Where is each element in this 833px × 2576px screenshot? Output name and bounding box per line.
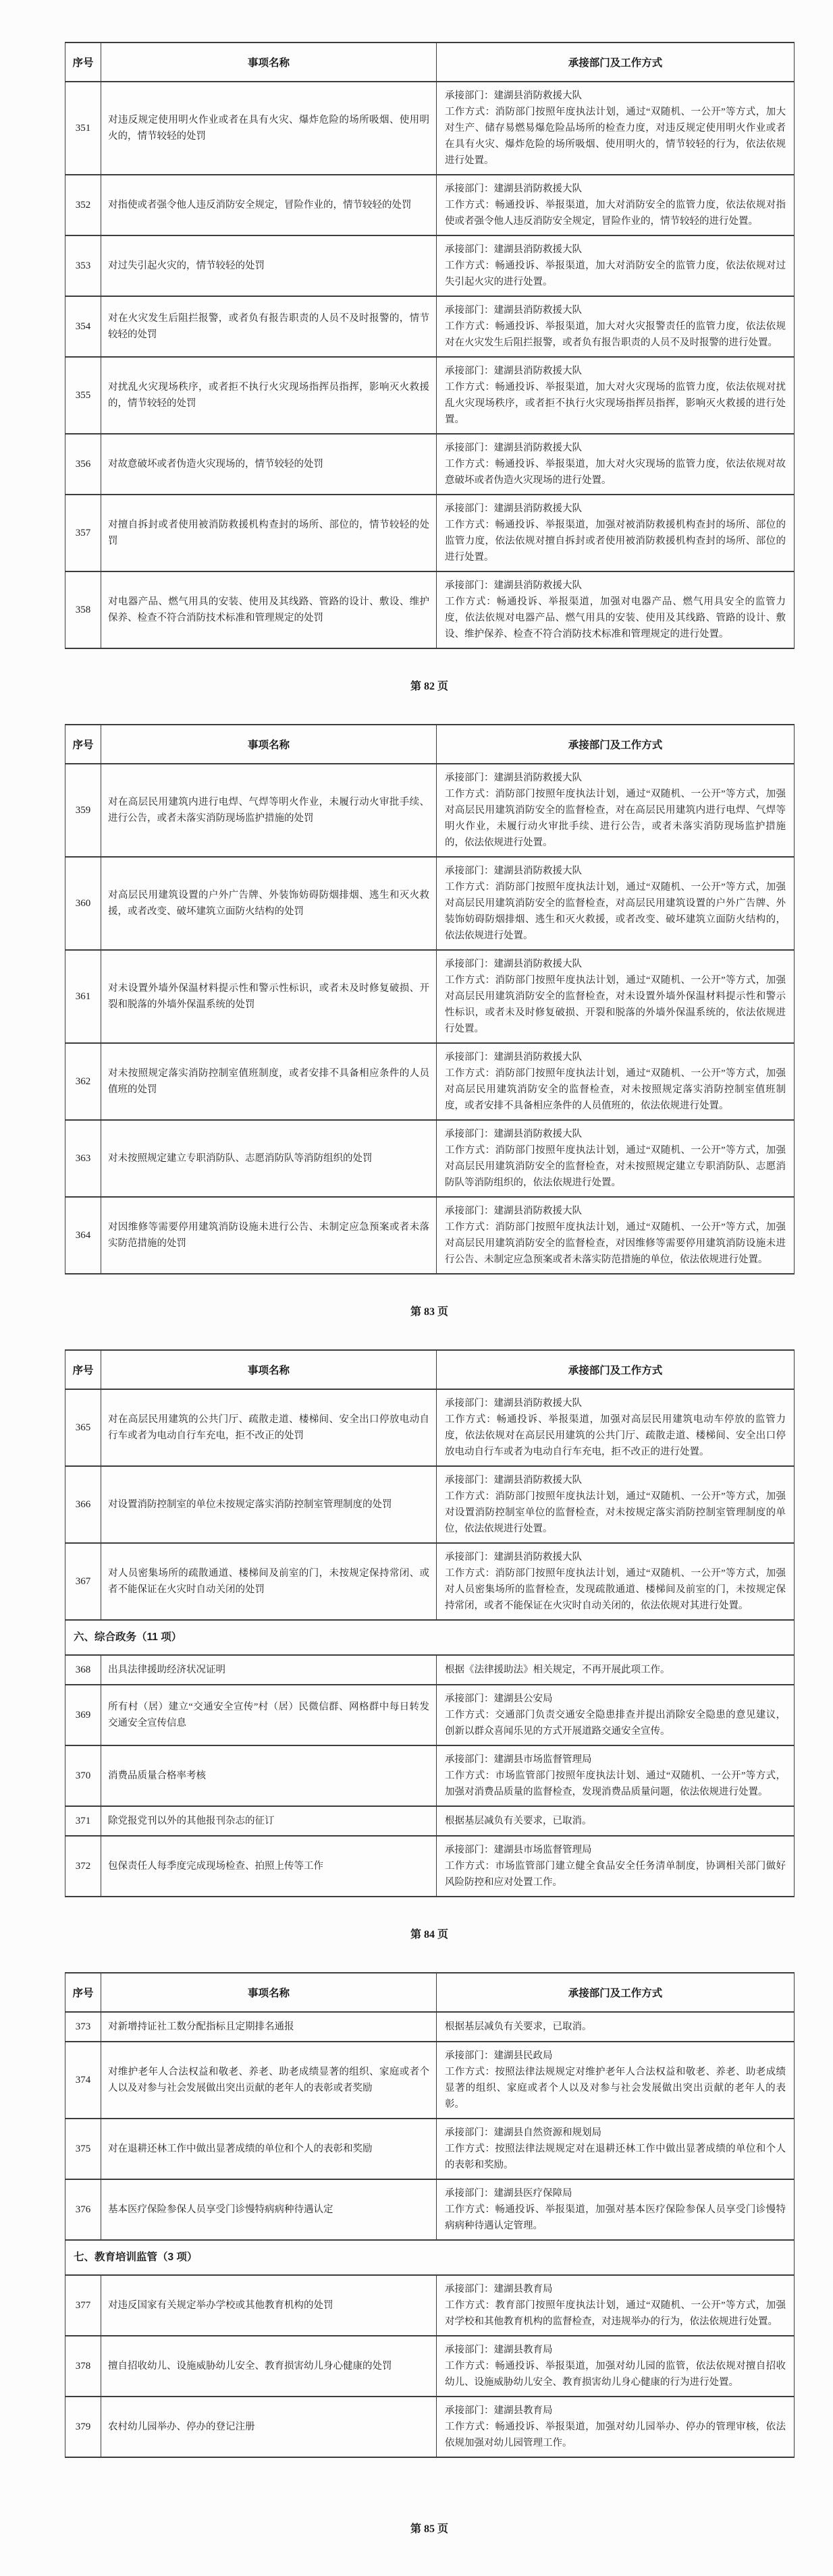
row-number-cell: 354	[65, 296, 101, 357]
department-method-cell: 承接部门：建湖县消防救援大队工作方式：消防部门按照年度执法计划，通过“双随机、一…	[437, 1466, 795, 1543]
department-line: 承接部门：建湖县市场监督管理局	[445, 1752, 786, 1768]
department-line: 承接部门：建湖县市场监督管理局	[445, 1842, 786, 1858]
department-line: 承接部门：建湖县教育局	[445, 2281, 786, 2297]
items-table: 序号事项名称承接部门及工作方式359对在高层民用建筑内进行电焊、气焊等明火作业，…	[65, 724, 795, 1275]
table-row: 352对指使或者强令他人违反消防安全规定，冒险作业的，情节较轻的处罚承接部门：建…	[65, 175, 795, 235]
table-row: 362对未按照规定落实消防控制室值班制度，或者安排不具备相应条件的人员值班的处罚…	[65, 1043, 795, 1120]
department-method-cell: 承接部门：建湖县教育局工作方式：畅通投诉、举报渠道，加强对幼儿园的监管，依法依规…	[437, 2336, 795, 2397]
department-method-cell: 根据《法律援助法》相关规定，不再开展此项工作。	[437, 1655, 795, 1685]
item-name-cell: 对未按照规定建立专职消防队、志愿消防队等消防组织的处罚	[101, 1120, 437, 1197]
department-method-cell: 承接部门：建湖县消防救援大队工作方式：消防部门按照年度执法计划，通过“双随机、一…	[437, 1197, 795, 1274]
table-row: 373对新增持证社工数分配指标且定期排名通报根据基层减负有关要求，已取消。	[65, 2012, 795, 2042]
table-row: 369所有村（居）建立“交通安全宣传”村（居）民微信群、网格群中每日转发交通安全…	[65, 1685, 795, 1745]
item-name-cell: 对违反规定使用明火作业或者在具有火灾、爆炸危险的场所吸烟、使用明火的，情节较轻的…	[101, 82, 437, 175]
method-line: 工作方式：消防部门按照年度执法计划，通过“双随机、一公开”等方式，加强对高层民用…	[445, 879, 786, 944]
col-header-item-name: 事项名称	[101, 1973, 437, 2012]
table-row: 375对在退耕还林工作中做出显著成绩的单位和个人的表彰和奖励承接部门：建湖县自然…	[65, 2119, 795, 2179]
row-number-cell: 378	[65, 2336, 101, 2397]
department-method-cell: 承接部门：建湖县民政局工作方式：按照法律法规规定对维护老年人合法权益和敬老、养老…	[437, 2042, 795, 2119]
item-name-cell: 对因维修等需要停用建筑消防设施未进行公告、未制定应急预案或者未落实防范措施的处罚	[101, 1197, 437, 1274]
item-name-cell: 对在火灾发生后阻拦报警，或者负有报告职责的人员不及时报警的，情节较轻的处罚	[101, 296, 437, 357]
section-title: 七、教育培训监管（3 项）	[65, 2240, 795, 2275]
item-name-cell: 除党报党刊以外的其他报刊杂志的征订	[101, 1806, 437, 1836]
department-method-cell: 承接部门：建湖县自然资源和规划局工作方式：按照法律法规规定对在退耕还林工作中做出…	[437, 2119, 795, 2179]
department-method-cell: 承接部门：建湖县消防救援大队工作方式：畅通投诉、举报渠道，加大对火灾现场的监管力…	[437, 357, 795, 434]
table-row: 366对设置消防控制室的单位未按规定落实消防控制室管理制度的处罚承接部门：建湖县…	[65, 1466, 795, 1543]
department-method-cell: 承接部门：建湖县消防救援大队工作方式：畅通投诉、举报渠道，加大对火灾现场的监管力…	[437, 434, 795, 495]
department-line: 承接部门：建湖县消防救援大队	[445, 1472, 786, 1488]
department-method-cell: 承接部门：建湖县消防救援大队工作方式：畅通投诉、举报渠道，加大对消防安全的监管力…	[437, 235, 795, 296]
department-method-cell: 承接部门：建湖县消防救援大队工作方式：畅通投诉、举报渠道，加大对火灾报警责任的监…	[437, 296, 795, 357]
item-name-cell: 对高层民用建筑设置的户外广告牌、外装饰妨碍防烟排烟、逃生和灭火救援，或者改变、破…	[101, 857, 437, 950]
method-line: 工作方式：按照法律法规规定对维护老年人合法权益和敬老、养老、助老成绩显著的组织、…	[445, 2064, 786, 2112]
item-name-cell: 消费品质量合格率考核	[101, 1745, 437, 1806]
table-row: 377对违反国家有关规定举办学校或其他教育机构的处罚承接部门：建湖县教育局工作方…	[65, 2275, 795, 2336]
row-number-cell: 356	[65, 434, 101, 495]
method-line: 工作方式：畅通投诉、举报渠道，加大对消防安全的监管力度，依法依规对指使或者强令他…	[445, 197, 786, 229]
department-line: 承接部门：建湖县公安局	[445, 1691, 786, 1707]
row-number-cell: 361	[65, 950, 101, 1043]
col-header-item-name: 事项名称	[101, 43, 437, 82]
table-row: 379农村幼儿园举办、停办的登记注册承接部门：建湖县教育局工作方式：畅通投诉、举…	[65, 2397, 795, 2457]
item-name-cell: 对过失引起火灾的，情节较轻的处罚	[101, 235, 437, 296]
department-line: 承接部门：建湖县消防救援大队	[445, 1126, 786, 1142]
method-line: 工作方式：畅通投诉、举报渠道，加大对火灾报警责任的监管力度，依法依规对在火灾发生…	[445, 318, 786, 351]
item-name-cell: 对未设置外墙外保温材料提示性和警示性标识，或者未及时修复破损、开裂和脱落的外墙外…	[101, 950, 437, 1043]
item-name-cell: 对在高层民用建筑内进行电焊、气焊等明火作业，未履行动火审批手续、进行公告，或者未…	[101, 764, 437, 857]
method-line: 工作方式：畅通投诉、举报渠道，加强对幼儿园举办、停办的管理审核，依法依规加强对幼…	[445, 2419, 786, 2451]
table-row: 364对因维修等需要停用建筑消防设施未进行公告、未制定应急预案或者未落实防范措施…	[65, 1197, 795, 1274]
table-row: 376基本医疗保险参保人员享受门诊慢特病病种待遇认定承接部门：建湖县医疗保障局工…	[65, 2179, 795, 2240]
table-row: 355对扰乱火灾现场秩序，或者拒不执行火灾现场指挥员指挥，影响灭火救援的，情节较…	[65, 357, 795, 434]
department-method-cell: 承接部门：建湖县消防救援大队工作方式：消防部门按照年度执法计划，通过“双随机、一…	[437, 764, 795, 857]
department-method-cell: 承接部门：建湖县教育局工作方式：畅通投诉、举报渠道，加强对幼儿园举办、停办的管理…	[437, 2397, 795, 2457]
table-row: 357对擅自拆封或者使用被消防救援机构查封的场所、部位的，情节较轻的处罚承接部门…	[65, 495, 795, 571]
department-method-cell: 承接部门：建湖县消防救援大队工作方式：消防部门按照年度执法计划，通过“双随机、一…	[437, 950, 795, 1043]
department-line: 承接部门：建湖县消防救援大队	[445, 302, 786, 318]
department-line: 承接部门：建湖县消防救援大队	[445, 501, 786, 517]
department-line: 承接部门：建湖县消防救援大队	[445, 956, 786, 972]
department-method-cell: 承接部门：建湖县消防救援大队工作方式：消防部门按照年度执法计划，通过“双随机、一…	[437, 1120, 795, 1197]
row-number-cell: 357	[65, 495, 101, 571]
table-header-row: 序号事项名称承接部门及工作方式	[65, 725, 795, 764]
items-table: 序号事项名称承接部门及工作方式373对新增持证社工数分配指标且定期排名通报根据基…	[65, 1972, 795, 2458]
row-number-cell: 368	[65, 1655, 101, 1685]
table-row: 358对电器产品、燃气用具的安装、使用及其线路、管路的设计、敷设、维护保养、检查…	[65, 571, 795, 648]
method-line: 工作方式：畅通投诉、举报渠道，加强对高层民用建筑电动车停放的监管力度，依法依规对…	[445, 1411, 786, 1460]
row-number-cell: 359	[65, 764, 101, 857]
table-row: 378擅自招收幼儿、设施威胁幼儿安全、教育损害幼儿身心健康的处罚承接部门：建湖县…	[65, 2336, 795, 2397]
department-method-cell: 承接部门：建湖县医疗保障局工作方式：畅通投诉、举报渠道，加强对基本医疗保险参保人…	[437, 2179, 795, 2240]
item-name-cell: 对新增持证社工数分配指标且定期排名通报	[101, 2012, 437, 2042]
col-header-department-method: 承接部门及工作方式	[437, 725, 795, 764]
page-footer: 第 82 页	[65, 677, 794, 693]
method-line: 工作方式：消防部门按照年度执法计划，通过“双随机、一公开”等方式，加强对高层民用…	[445, 1219, 786, 1268]
item-name-cell: 对未按照规定落实消防控制室值班制度，或者安排不具备相应条件的人员值班的处罚	[101, 1043, 437, 1120]
department-line: 承接部门：建湖县教育局	[445, 2342, 786, 2358]
method-line: 工作方式：消防部门按照年度执法计划，通过“双随机、一公开”等方式，加大对生产、储…	[445, 104, 786, 169]
method-line: 工作方式：畅通投诉、举报渠道，加大对火灾现场的监管力度，依法依规对扰乱火灾现场秩…	[445, 379, 786, 428]
table-row: 354对在火灾发生后阻拦报警，或者负有报告职责的人员不及时报警的，情节较轻的处罚…	[65, 296, 795, 357]
method-line: 工作方式：消防部门按照年度执法计划，通过“双随机、一公开”等方式，加强对人员密集…	[445, 1565, 786, 1614]
page-footer: 第 83 页	[65, 1303, 794, 1318]
row-number-cell: 352	[65, 175, 101, 235]
col-header-department-method: 承接部门及工作方式	[437, 1350, 795, 1389]
item-name-cell: 对设置消防控制室的单位未按规定落实消防控制室管理制度的处罚	[101, 1466, 437, 1543]
table-row: 359对在高层民用建筑内进行电焊、气焊等明火作业，未履行动火审批手续、进行公告，…	[65, 764, 795, 857]
department-line: 承接部门：建湖县消防救援大队	[445, 440, 786, 456]
department-method-cell: 承接部门：建湖县公安局工作方式：交通部门负责交通安全隐患排查并提出消除安全隐患的…	[437, 1685, 795, 1745]
items-table: 序号事项名称承接部门及工作方式351对违反规定使用明火作业或者在具有火灾、爆炸危…	[65, 42, 795, 649]
item-name-cell: 擅自招收幼儿、设施威胁幼儿安全、教育损害幼儿身心健康的处罚	[101, 2336, 437, 2397]
table-row: 363对未按照规定建立专职消防队、志愿消防队等消防组织的处罚承接部门：建湖县消防…	[65, 1120, 795, 1197]
col-header-number: 序号	[65, 725, 101, 764]
department-line: 承接部门：建湖县消防救援大队	[445, 88, 786, 104]
department-method-cell: 承接部门：建湖县消防救援大队工作方式：消防部门按照年度执法计划，通过“双随机、一…	[437, 1043, 795, 1120]
table-row: 356对故意破坏或者伪造火灾现场的，情节较轻的处罚承接部门：建湖县消防救援大队工…	[65, 434, 795, 495]
item-name-cell: 对扰乱火灾现场秩序，或者拒不执行火灾现场指挥员指挥，影响灭火救援的，情节较轻的处…	[101, 357, 437, 434]
department-line: 承接部门：建湖县消防救援大队	[445, 863, 786, 879]
col-header-department-method: 承接部门及工作方式	[437, 1973, 795, 2012]
table-row: 371除党报党刊以外的其他报刊杂志的征订根据基层减负有关要求，已取消。	[65, 1806, 795, 1836]
row-number-cell: 370	[65, 1745, 101, 1806]
row-number-cell: 377	[65, 2275, 101, 2336]
department-line: 承接部门：建湖县消防救援大队	[445, 1549, 786, 1565]
page-footer: 第 84 页	[65, 1926, 794, 1941]
item-name-cell: 所有村（居）建立“交通安全宣传”村（居）民微信群、网格群中每日转发交通安全宣传信…	[101, 1685, 437, 1745]
table-row: 353对过失引起火灾的，情节较轻的处罚承接部门：建湖县消防救援大队工作方式：畅通…	[65, 235, 795, 296]
row-number-cell: 351	[65, 82, 101, 175]
department-method-cell: 承接部门：建湖县消防救援大队工作方式：畅通投诉、举报渠道，加大对消防安全的监管力…	[437, 175, 795, 235]
method-line: 工作方式：按照法律法规规定对在退耕还林工作中做出显著成绩的单位和个人的表彰和奖励…	[445, 2141, 786, 2173]
table-header-row: 序号事项名称承接部门及工作方式	[65, 1973, 795, 2012]
col-header-number: 序号	[65, 43, 101, 82]
method-line: 工作方式：教育部门按照年度执法计划，通过“双随机、一公开”等方式，加强对学校和其…	[445, 2297, 786, 2330]
method-line: 根据基层减负有关要求，已取消。	[445, 1813, 786, 1829]
table-row: 365对在高层民用建筑的公共门厅、疏散走道、楼梯间、安全出口停放电动自行车或者为…	[65, 1389, 795, 1466]
method-line: 工作方式：畅通投诉、举报渠道，加强对幼儿园的监管，依法依规对擅自招收幼儿、设施威…	[445, 2358, 786, 2390]
department-method-cell: 根据基层减负有关要求，已取消。	[437, 1806, 795, 1836]
department-method-cell: 承接部门：建湖县市场监督管理局工作方式：市场监管部门按照年度执法计划、通过“双随…	[437, 1745, 795, 1806]
row-number-cell: 362	[65, 1043, 101, 1120]
section-header-row: 七、教育培训监管（3 项）	[65, 2240, 795, 2275]
item-name-cell: 对在退耕还林工作中做出显著成绩的单位和个人的表彰和奖励	[101, 2119, 437, 2179]
row-number-cell: 371	[65, 1806, 101, 1836]
method-line: 工作方式：畅通投诉、举报渠道，加强对基本医疗保险参保人员享受门诊慢特病病种待遇认…	[445, 2202, 786, 2234]
department-line: 承接部门：建湖县自然资源和规划局	[445, 2125, 786, 2141]
department-method-cell: 承接部门：建湖县消防救援大队工作方式：消防部门按照年度执法计划，通过“双随机、一…	[437, 1543, 795, 1620]
method-line: 工作方式：消防部门按照年度执法计划，通过“双随机、一公开”等方式，加强对高层民用…	[445, 972, 786, 1037]
department-line: 承接部门：建湖县消防救援大队	[445, 181, 786, 197]
col-header-item-name: 事项名称	[101, 1350, 437, 1389]
row-number-cell: 365	[65, 1389, 101, 1466]
method-line: 工作方式：消防部门按照年度执法计划，通过“双随机、一公开”等方式，加强对高层民用…	[445, 1142, 786, 1191]
item-name-cell: 出具法律援助经济状况证明	[101, 1655, 437, 1685]
row-number-cell: 364	[65, 1197, 101, 1274]
department-method-cell: 承接部门：建湖县消防救援大队工作方式：畅通投诉、举报渠道，加强对被消防救援机构查…	[437, 495, 795, 571]
row-number-cell: 379	[65, 2397, 101, 2457]
row-number-cell: 366	[65, 1466, 101, 1543]
department-method-cell: 承接部门：建湖县教育局工作方式：教育部门按照年度执法计划，通过“双随机、一公开”…	[437, 2275, 795, 2336]
department-method-cell: 承接部门：建湖县消防救援大队工作方式：消防部门按照年度执法计划，通过“双随机、一…	[437, 857, 795, 950]
table-row: 374对维护老年人合法权益和敬老、养老、助老成绩显著的组织、家庭或者个人以及对参…	[65, 2042, 795, 2119]
row-number-cell: 372	[65, 1836, 101, 1897]
table-row: 370消费品质量合格率考核承接部门：建湖县市场监督管理局工作方式：市场监管部门按…	[65, 1745, 795, 1806]
department-line: 承接部门：建湖县消防救援大队	[445, 242, 786, 258]
items-table: 序号事项名称承接部门及工作方式365对在高层民用建筑的公共门厅、疏散走道、楼梯间…	[65, 1349, 795, 1897]
row-number-cell: 360	[65, 857, 101, 950]
department-line: 承接部门：建湖县消防救援大队	[445, 578, 786, 594]
method-line: 工作方式：市场监管部门按照年度执法计划、通过“双随机、一公开”等方式，加强对消费…	[445, 1768, 786, 1800]
department-line: 承接部门：建湖县医疗保障局	[445, 2185, 786, 2202]
table-row: 367对人员密集场所的疏散通道、楼梯间及前室的门，未按规定保持常闭、或者不能保证…	[65, 1543, 795, 1620]
item-name-cell: 基本医疗保险参保人员享受门诊慢特病病种待遇认定	[101, 2179, 437, 2240]
item-name-cell: 对故意破坏或者伪造火灾现场的，情节较轻的处罚	[101, 434, 437, 495]
method-line: 工作方式：畅通投诉、举报渠道，加大对消防安全的监管力度，依法依规对过失引起火灾的…	[445, 258, 786, 290]
method-line: 工作方式：消防部门按照年度执法计划，通过“双随机、一公开”等方式，加强对高层民用…	[445, 786, 786, 851]
row-number-cell: 376	[65, 2179, 101, 2240]
row-number-cell: 369	[65, 1685, 101, 1745]
col-header-number: 序号	[65, 1973, 101, 2012]
method-line: 工作方式：消防部门按照年度执法计划，通过“双随机、一公开”等方式，加强对设置消防…	[445, 1488, 786, 1537]
col-header-item-name: 事项名称	[101, 725, 437, 764]
department-method-cell: 承接部门：建湖县市场监督管理局工作方式：市场监管部门建立健全食品安全任务清单制度…	[437, 1836, 795, 1897]
item-name-cell: 对电器产品、燃气用具的安装、使用及其线路、管路的设计、敷设、维护保养、检查不符合…	[101, 571, 437, 648]
row-number-cell: 367	[65, 1543, 101, 1620]
method-line: 根据《法律援助法》相关规定，不再开展此项工作。	[445, 1662, 786, 1678]
department-line: 承接部门：建湖县教育局	[445, 2403, 786, 2419]
table-row: 351对违反规定使用明火作业或者在具有火灾、爆炸危险的场所吸烟、使用明火的，情节…	[65, 82, 795, 175]
department-line: 承接部门：建湖县消防救援大队	[445, 1203, 786, 1219]
method-line: 工作方式：交通部门负责交通安全隐患排查并提出消除安全隐患的意见建议，创新以群众喜…	[445, 1707, 786, 1739]
item-name-cell: 对擅自拆封或者使用被消防救援机构查封的场所、部位的，情节较轻的处罚	[101, 495, 437, 571]
department-line: 承接部门：建湖县消防救援大队	[445, 1049, 786, 1065]
row-number-cell: 374	[65, 2042, 101, 2119]
table-row: 372包保责任人每季度完成现场检查、拍照上传等工作承接部门：建湖县市场监督管理局…	[65, 1836, 795, 1897]
item-name-cell: 对在高层民用建筑的公共门厅、疏散走道、楼梯间、安全出口停放电动自行车或者为电动自…	[101, 1389, 437, 1466]
section-header-row: 六、综合政务（11 项）	[65, 1620, 795, 1655]
col-header-department-method: 承接部门及工作方式	[437, 43, 795, 82]
row-number-cell: 373	[65, 2012, 101, 2042]
table-row: 368出具法律援助经济状况证明根据《法律援助法》相关规定，不再开展此项工作。	[65, 1655, 795, 1685]
item-name-cell: 对人员密集场所的疏散通道、楼梯间及前室的门，未按规定保持常闭、或者不能保证在火灾…	[101, 1543, 437, 1620]
row-number-cell: 363	[65, 1120, 101, 1197]
department-method-cell: 承接部门：建湖县消防救援大队工作方式：消防部门按照年度执法计划，通过“双随机、一…	[437, 82, 795, 175]
item-name-cell: 农村幼儿园举办、停办的登记注册	[101, 2397, 437, 2457]
table-header-row: 序号事项名称承接部门及工作方式	[65, 43, 795, 82]
department-line: 承接部门：建湖县消防救援大队	[445, 770, 786, 786]
method-line: 工作方式：畅通投诉、举报渠道，加强对被消防救援机构查封的场所、部位的监管力度，依…	[445, 517, 786, 565]
table-header-row: 序号事项名称承接部门及工作方式	[65, 1350, 795, 1389]
row-number-cell: 353	[65, 235, 101, 296]
method-line: 工作方式：消防部门按照年度执法计划，通过“双随机、一公开”等方式，加强对高层民用…	[445, 1065, 786, 1114]
row-number-cell: 358	[65, 571, 101, 648]
department-line: 承接部门：建湖县民政局	[445, 2048, 786, 2064]
method-line: 工作方式：畅通投诉、举报渠道，加强对电器产品、燃气用具安全的监管力度，依法依规对…	[445, 594, 786, 642]
document: 序号事项名称承接部门及工作方式351对违反规定使用明火作业或者在具有火灾、爆炸危…	[0, 0, 833, 2576]
table-row: 360对高层民用建筑设置的户外广告牌、外装饰妨碍防烟排烟、逃生和灭火救援，或者改…	[65, 857, 795, 950]
col-header-number: 序号	[65, 1350, 101, 1389]
department-method-cell: 承接部门：建湖县消防救援大队工作方式：畅通投诉、举报渠道，加强对电器产品、燃气用…	[437, 571, 795, 648]
method-line: 工作方式：市场监管部门建立健全食品安全任务清单制度，协调相关部门做好风险防控和应…	[445, 1858, 786, 1891]
page-footer: 第 85 页	[65, 2520, 794, 2536]
table-row: 361对未设置外墙外保温材料提示性和警示性标识，或者未及时修复破损、开裂和脱落的…	[65, 950, 795, 1043]
row-number-cell: 375	[65, 2119, 101, 2179]
item-name-cell: 对维护老年人合法权益和敬老、养老、助老成绩显著的组织、家庭或者个人以及对参与社会…	[101, 2042, 437, 2119]
department-line: 承接部门：建湖县消防救援大队	[445, 363, 786, 379]
department-method-cell: 根据基层减负有关要求，已取消。	[437, 2012, 795, 2042]
row-number-cell: 355	[65, 357, 101, 434]
department-line: 承接部门：建湖县消防救援大队	[445, 1395, 786, 1411]
section-title: 六、综合政务（11 项）	[65, 1620, 795, 1655]
method-line: 根据基层减负有关要求，已取消。	[445, 2019, 786, 2035]
department-method-cell: 承接部门：建湖县消防救援大队工作方式：畅通投诉、举报渠道，加强对高层民用建筑电动…	[437, 1389, 795, 1466]
item-name-cell: 对违反国家有关规定举办学校或其他教育机构的处罚	[101, 2275, 437, 2336]
item-name-cell: 对指使或者强令他人违反消防安全规定，冒险作业的，情节较轻的处罚	[101, 175, 437, 235]
method-line: 工作方式：畅通投诉、举报渠道，加大对火灾现场的监管力度，依法依规对故意破坏或者伪…	[445, 456, 786, 488]
item-name-cell: 包保责任人每季度完成现场检查、拍照上传等工作	[101, 1836, 437, 1897]
